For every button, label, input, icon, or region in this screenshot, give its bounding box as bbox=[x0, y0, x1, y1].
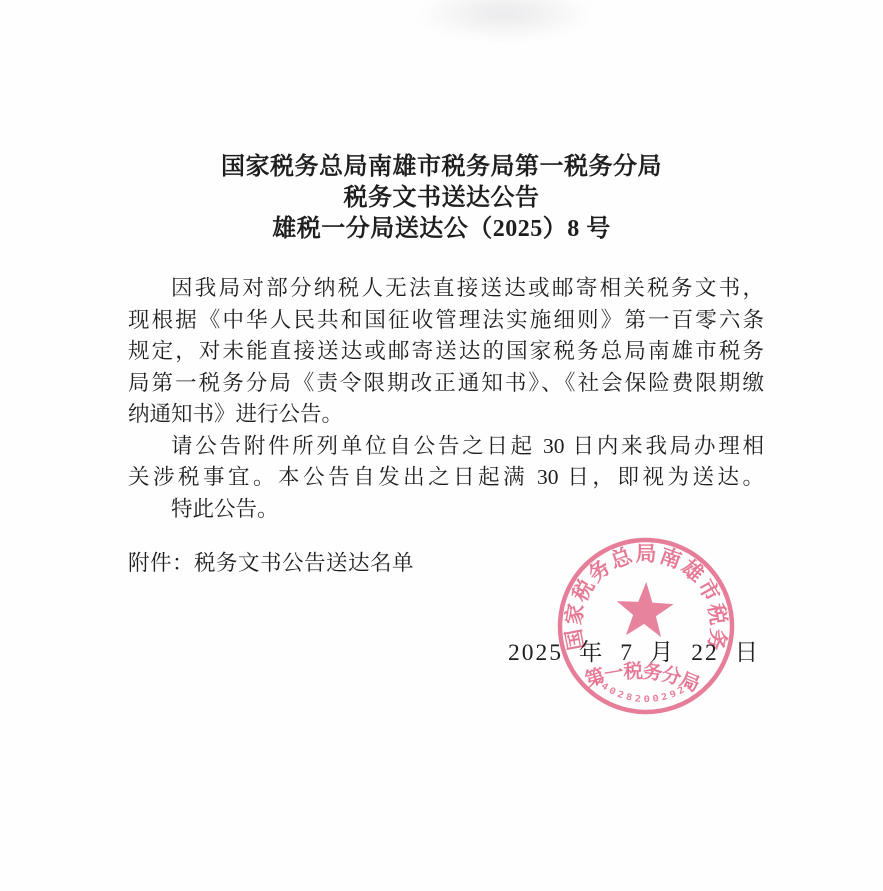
title-line-1: 国家税务总局南雄市税务局第一税务分局 bbox=[0, 152, 883, 183]
attachment-line: 附件：税务文书公告送达名单 bbox=[128, 546, 414, 577]
scan-artifact bbox=[415, 0, 595, 41]
star-icon bbox=[615, 580, 675, 637]
document-header: 国家税务总局南雄市税务局第一税务分局 税务文书送达公告 雄税一分局送达公（202… bbox=[0, 152, 883, 245]
title-line-2: 税务文书送达公告 bbox=[0, 183, 883, 214]
paragraph-line: 请公告附件所列单位自公告之日起 30 日内来我局办理相 bbox=[128, 431, 764, 463]
paragraph-line: 纳通知书》进行公告。 bbox=[128, 399, 764, 431]
document-page: 国家税务总局南雄市税务局第一税务分局 税务文书送达公告 雄税一分局送达公（202… bbox=[0, 0, 883, 891]
paragraph-line: 局第一税务分局《责令限期改正通知书》、《社会保险费限期缴 bbox=[128, 368, 764, 400]
paragraph-line: 关涉税事宜。本公告自发出之日起满 30 日，即视为送达。 bbox=[128, 462, 764, 494]
paragraph-line: 因我局对部分纳税人无法直接送达或邮寄相关税务文书， bbox=[128, 273, 764, 305]
paragraph-line: 规定，对未能直接送达或邮寄送达的国家税务总局南雄市税务 bbox=[128, 336, 764, 368]
paragraph-line: 现根据《中华人民共和国征收管理法实施细则》第一百零六条 bbox=[128, 305, 764, 337]
paragraph-line: 特此公告。 bbox=[128, 494, 764, 526]
doc-number: 雄税一分局送达公（2025）8 号 bbox=[0, 214, 883, 245]
official-seal: 国家税务总局南雄市税务局 第一税务分局 4402820029228 bbox=[551, 527, 741, 725]
body-text: 因我局对部分纳税人无法直接送达或邮寄相关税务文书， 现根据《中华人民共和国征收管… bbox=[128, 273, 764, 525]
